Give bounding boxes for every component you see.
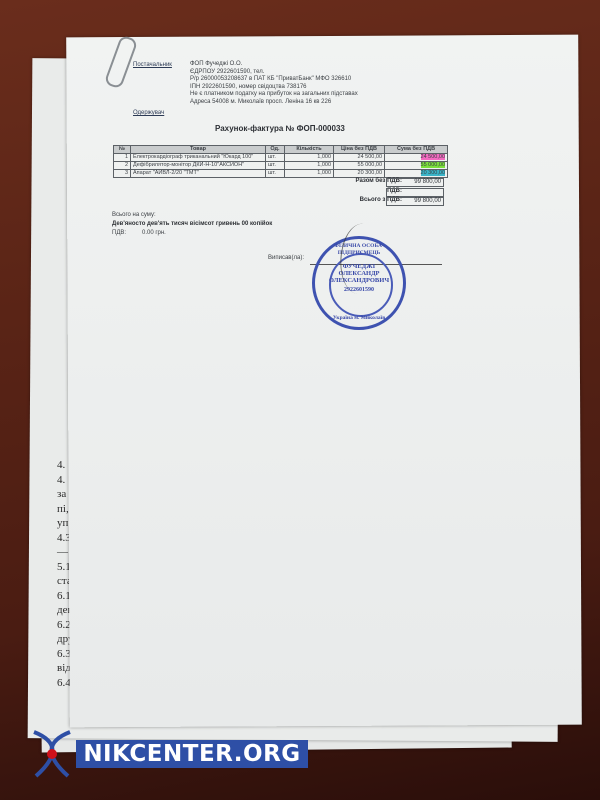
supplier-line: ЄДРПОУ 2922601590, тел. — [190, 69, 358, 77]
invoice-title: Рахунок-фактура № ФОП-000033 — [215, 124, 345, 133]
table-row: 1Електрокардіограф триканальний "Юкард 1… — [114, 154, 448, 162]
column-header: Ціна без ПДВ — [334, 146, 385, 154]
supplier-details: ФОП Фучеджі О.О.ЄДРПОУ 2922601590, тел.Р… — [190, 61, 358, 107]
total-label: ПДВ: — [280, 188, 402, 194]
signed-label: Виписав(ла): — [268, 255, 304, 263]
nikcenter-logo-icon — [30, 726, 74, 782]
stamp-bottom-text: Україна м. Миколаїв — [315, 315, 403, 322]
column-header: Товар — [131, 146, 266, 154]
sum-label: Всього на суму: — [112, 212, 156, 220]
supplier-line: Р/р 26000053208637 в ПАТ КБ "ПриватБанк"… — [190, 76, 358, 84]
total-value — [386, 188, 444, 197]
total-label: Разом без ПДВ: — [280, 178, 402, 184]
supplier-label: Постачальник — [133, 62, 172, 70]
sum-in-words: Дев'яносто дев'ять тисяч вісімсот гривен… — [112, 221, 272, 229]
total-value: 99 800,00 — [386, 178, 444, 187]
table-row: 2Дефібрилятор-монітор ДКИ-Н-10"АКСИОН"шт… — [114, 162, 448, 170]
vat-label: ПДВ: — [112, 230, 126, 238]
watermark-banner: NIKCENTER.ORG — [76, 740, 308, 768]
column-header: Од. — [266, 146, 285, 154]
column-header: Сума без ПДВ — [385, 146, 448, 154]
buyer-label: Одержувач — [133, 110, 164, 118]
total-value: 99 800,00 — [386, 197, 444, 206]
supplier-line: Адреса 54008 м. Миколаїв просп. Леніна 1… — [190, 99, 358, 107]
invoice-table: №ТоварОд.КількістьЦіна без ПДВСума без П… — [113, 145, 448, 178]
table-row: 3Апарат "АИВЛ-2/20 "ТМТ"шт.1,00020 300,0… — [114, 170, 448, 178]
invoice-page — [66, 35, 582, 728]
vat-value: 0.00 грн. — [142, 230, 166, 238]
supplier-line: ІПН 2922601590, номер свідоцтва 738176 — [190, 84, 358, 92]
column-header: № — [114, 146, 131, 154]
supplier-line: ФОП Фучеджі О.О. — [190, 61, 358, 69]
total-label: Всього з ПДВ: — [280, 197, 402, 203]
column-header: Кількість — [285, 146, 334, 154]
supplier-line: Не є платником податку на прибуток на за… — [190, 91, 358, 99]
